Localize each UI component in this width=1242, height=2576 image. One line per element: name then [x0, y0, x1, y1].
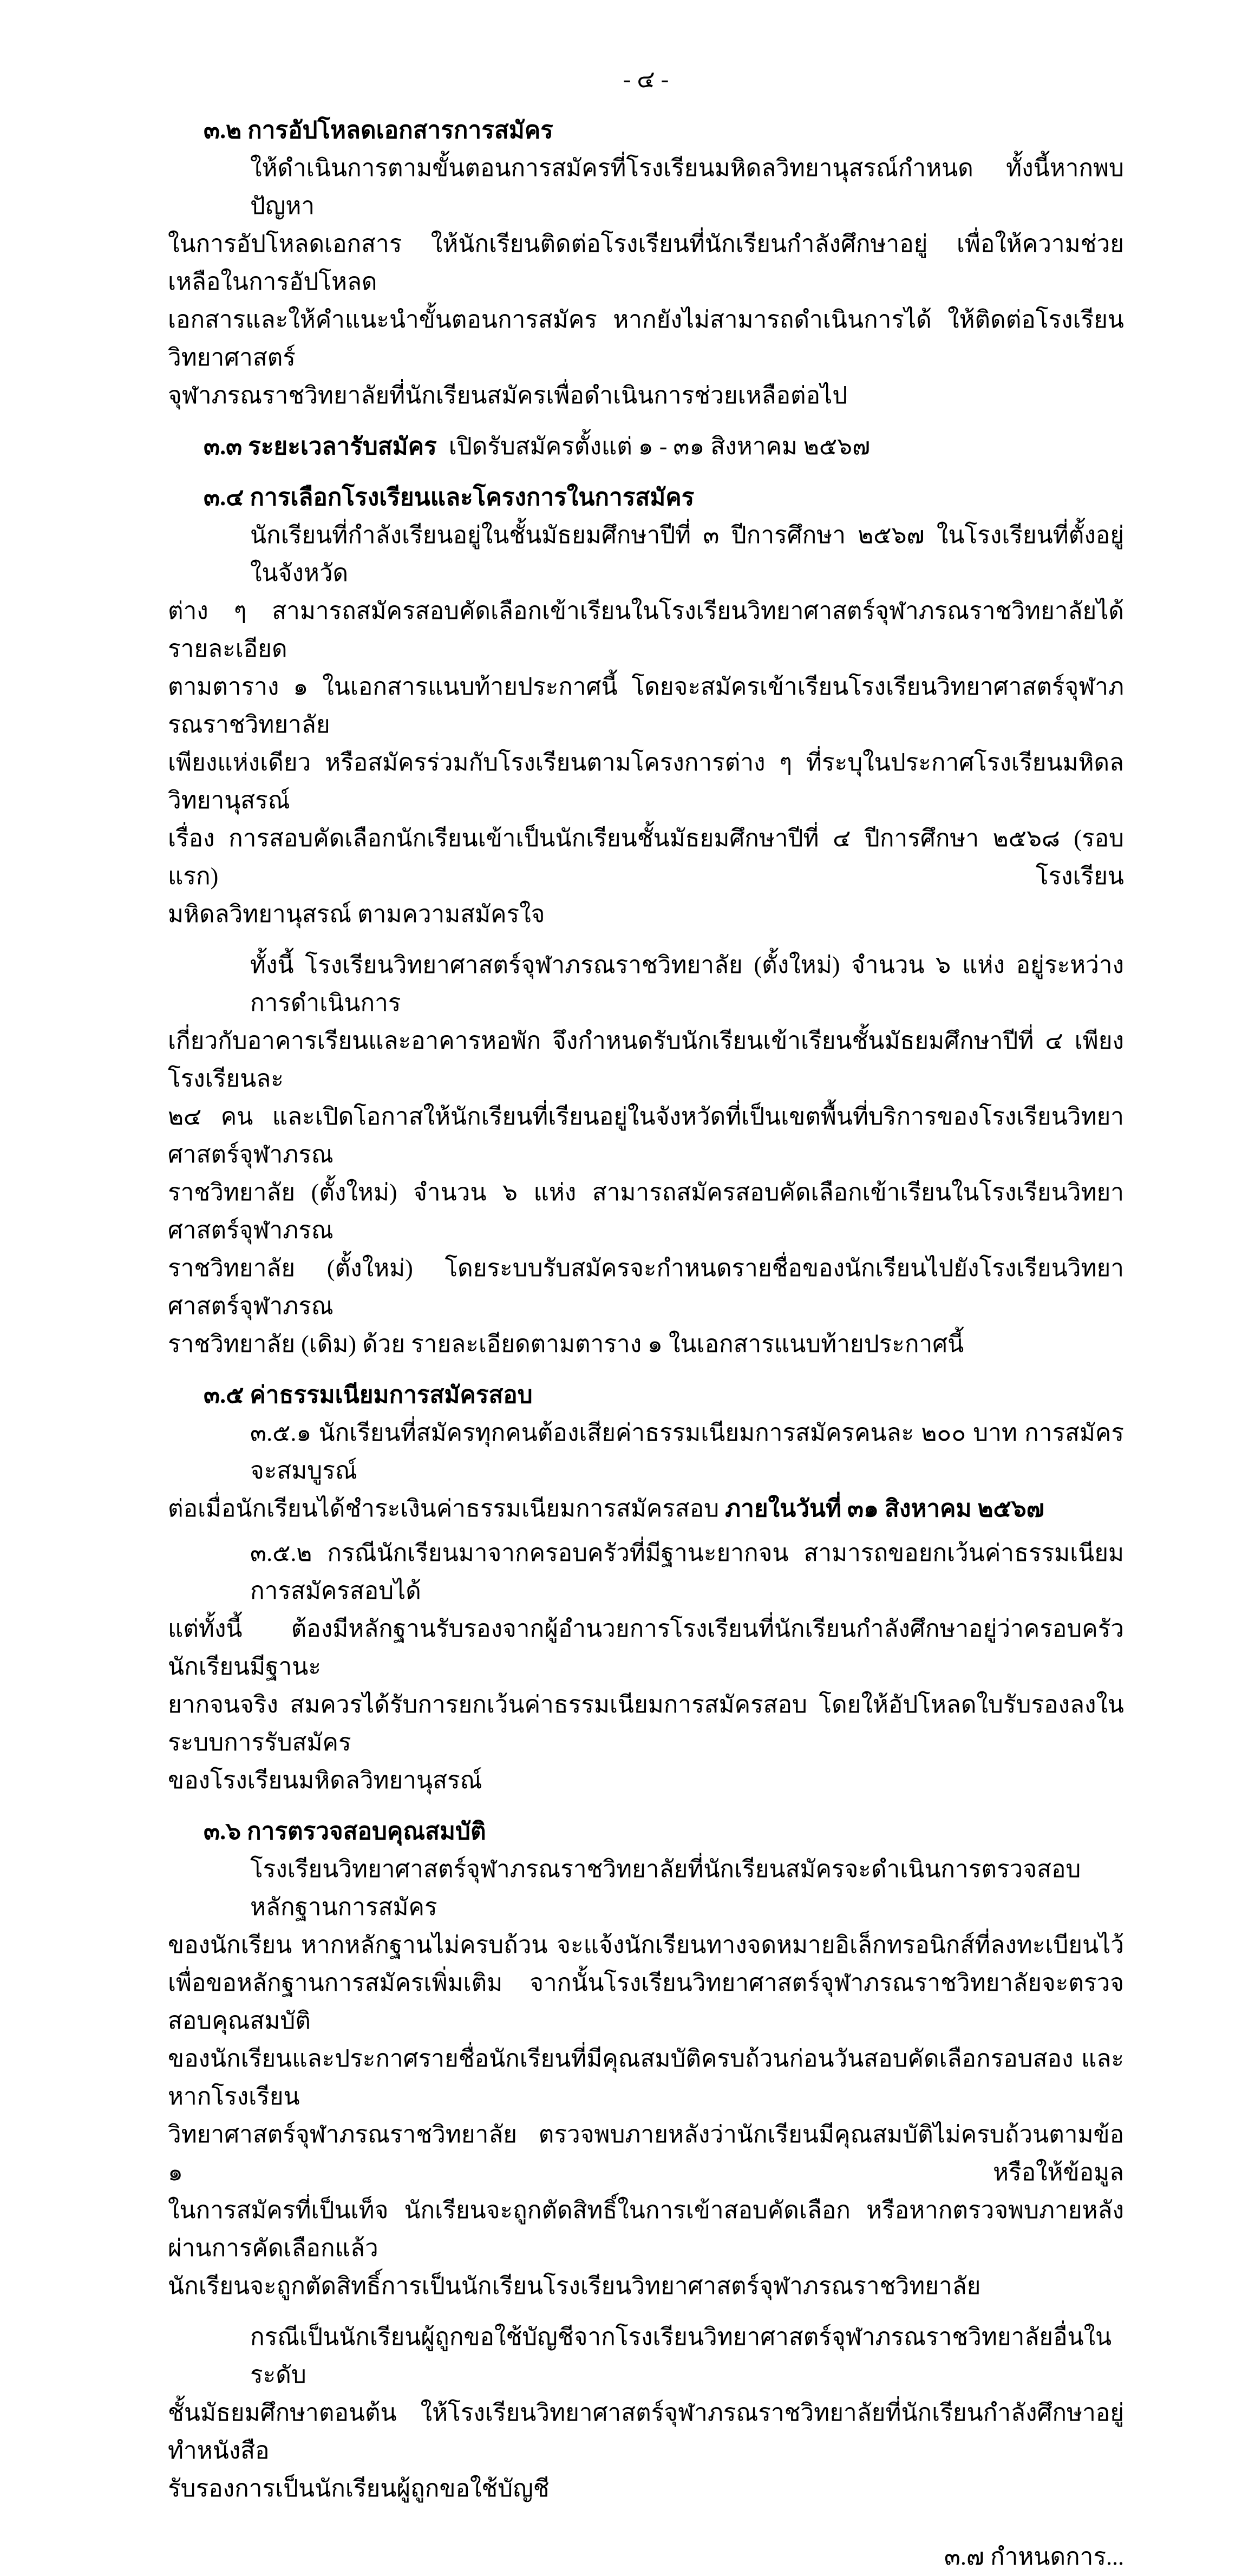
continuation-note: ๓.๗ กำหนดการ... — [168, 2538, 1124, 2576]
text-line: ในการอัปโหลดเอกสาร ให้นักเรียนติดต่อโรงเ… — [168, 225, 1124, 301]
section-heading: ๓.๔ การเลือกโรงเรียนและโครงการในการสมัคร — [168, 479, 1124, 516]
text-line: ตามตาราง ๑ ในเอกสารแนบท้ายประกาศนี้ โดยจ… — [168, 668, 1124, 744]
section-3-4: ๓.๔ การเลือกโรงเรียนและโครงการในการสมัคร… — [168, 479, 1124, 1363]
text-line: ทั้งนี้ โรงเรียนวิทยาศาสตร์จุฬาภรณราชวิท… — [168, 946, 1124, 1022]
text-line: ของโรงเรียนมหิดลวิทยานุสรณ์ — [168, 1762, 1124, 1800]
text-line: แต่ทั้งนี้ ต้องมีหลักฐานรับรองจากผู้อำนว… — [168, 1610, 1124, 1686]
section-text: เปิดรับสมัครตั้งแต่ ๑ - ๓๑ สิงหาคม ๒๕๖๗ — [449, 433, 870, 460]
text-line: เอกสารและให้คำแนะนำขั้นตอนการสมัคร หากยั… — [168, 301, 1124, 377]
section-heading: ๓.๓ ระยะเวลารับสมัคร — [168, 433, 437, 460]
text-line: ราชวิทยาลัย (ตั้งใหม่) จำนวน ๖ แห่ง สามา… — [168, 1174, 1124, 1250]
text-line: ๓.๕.๒ กรณีนักเรียนมาจากครอบครัวที่มีฐานะ… — [168, 1534, 1124, 1610]
section-heading-line: ๓.๓ ระยะเวลารับสมัครเปิดรับสมัครตั้งแต่ … — [168, 428, 1124, 466]
fee-deadline-bold: ภายในวันที่ ๓๑ สิงหาคม ๒๕๖๗ — [725, 1495, 1044, 1522]
text-line: ราชวิทยาลัย (ตั้งใหม่) โดยระบบรับสมัครจะ… — [168, 1250, 1124, 1325]
paragraph: ให้ดำเนินการตามขั้นตอนการสมัครที่โรงเรีย… — [168, 149, 1124, 415]
text-line: เพื่อขอหลักฐานการสมัครเพิ่มเติม จากนั้นโ… — [168, 1964, 1124, 2040]
paragraph: กรณีเป็นนักเรียนผู้ถูกขอใช้บัญชีจากโรงเร… — [168, 2318, 1124, 2508]
text-line: จุฬาภรณราชวิทยาลัยที่นักเรียนสมัครเพื่อด… — [168, 377, 1124, 415]
text-line: รับรองการเป็นนักเรียนผู้ถูกขอใช้บัญชี — [168, 2470, 1124, 2508]
text-line: วิทยาศาสตร์จุฬาภรณราชวิทยาลัย ตรวจพบภายห… — [168, 2116, 1124, 2192]
section-3-5: ๓.๕ ค่าธรรมเนียมการสมัครสอบ ๓.๕.๑ นักเรี… — [168, 1376, 1124, 1800]
text-line: ต่อเมื่อนักเรียนได้ชำระเงินค่าธรรมเนียมก… — [168, 1490, 1124, 1528]
paragraph: ทั้งนี้ โรงเรียนวิทยาศาสตร์จุฬาภรณราชวิท… — [168, 946, 1124, 1363]
text-line: นักเรียนจะถูกตัดสิทธิ์การเป็นนักเรียนโรง… — [168, 2267, 1124, 2305]
list-item-3-5-2: ๓.๕.๒ กรณีนักเรียนมาจากครอบครัวที่มีฐานะ… — [168, 1534, 1124, 1800]
text-line: เรื่อง การสอบคัดเลือกนักเรียนเข้าเป็นนัก… — [168, 820, 1124, 895]
text-line: ราชวิทยาลัย (เดิม) ด้วย รายละเอียดตามตาร… — [168, 1325, 1124, 1363]
section-3-2: ๓.๒ การอัปโหลดเอกสารการสมัคร ให้ดำเนินกา… — [168, 112, 1124, 415]
document-page: - ๔ - ๓.๒ การอัปโหลดเอกสารการสมัคร ให้ดำ… — [0, 0, 1242, 1757]
paragraph: โรงเรียนวิทยาศาสตร์จุฬาภรณราชวิทยาลัยที่… — [168, 1851, 1124, 2305]
text-line: มหิดลวิทยานุสรณ์ ตามความสมัครใจ — [168, 895, 1124, 933]
text-line: ให้ดำเนินการตามขั้นตอนการสมัครที่โรงเรีย… — [168, 149, 1124, 225]
text-line: ของนักเรียนและประกาศรายชื่อนักเรียนที่มี… — [168, 2040, 1124, 2116]
paragraph: นักเรียนที่กำลังเรียนอยู่ในชั้นมัธยมศึกษ… — [168, 516, 1124, 933]
page-number: - ๔ - — [168, 61, 1124, 99]
list-item-3-5-1: ๓.๕.๑ นักเรียนที่สมัครทุกคนต้องเสียค่าธร… — [168, 1414, 1124, 1528]
text-line: ชั้นมัธยมศึกษาตอนต้น ให้โรงเรียนวิทยาศาส… — [168, 2394, 1124, 2470]
section-heading: ๓.๖ การตรวจสอบคุณสมบัติ — [168, 1813, 1124, 1851]
text-line: ยากจนจริง สมควรได้รับการยกเว้นค่าธรรมเนี… — [168, 1686, 1124, 1762]
text-line: โรงเรียนวิทยาศาสตร์จุฬาภรณราชวิทยาลัยที่… — [168, 1851, 1124, 1926]
text-line: ต่าง ๆ สามารถสมัครสอบคัดเลือกเข้าเรียนใน… — [168, 592, 1124, 668]
section-heading: ๓.๒ การอัปโหลดเอกสารการสมัคร — [168, 112, 1124, 149]
section-3-6: ๓.๖ การตรวจสอบคุณสมบัติ โรงเรียนวิทยาศาส… — [168, 1813, 1124, 2508]
text-line: ของนักเรียน หากหลักฐานไม่ครบถ้วน จะแจ้งน… — [168, 1926, 1124, 1964]
text-line: ๓.๕.๑ นักเรียนที่สมัครทุกคนต้องเสียค่าธร… — [168, 1414, 1124, 1490]
section-heading: ๓.๕ ค่าธรรมเนียมการสมัครสอบ — [168, 1376, 1124, 1414]
section-3-3: ๓.๓ ระยะเวลารับสมัครเปิดรับสมัครตั้งแต่ … — [168, 428, 1124, 466]
text-line: นักเรียนที่กำลังเรียนอยู่ในชั้นมัธยมศึกษ… — [168, 516, 1124, 592]
text-line: เพียงแห่งเดียว หรือสมัครร่วมกับโรงเรียนต… — [168, 744, 1124, 820]
fee-deadline-text: ต่อเมื่อนักเรียนได้ชำระเงินค่าธรรมเนียมก… — [168, 1495, 725, 1522]
text-line: ในการสมัครที่เป็นเท็จ นักเรียนจะถูกตัดสิ… — [168, 2192, 1124, 2267]
text-line: กรณีเป็นนักเรียนผู้ถูกขอใช้บัญชีจากโรงเร… — [168, 2318, 1124, 2394]
text-line: ๒๔ คน และเปิดโอกาสให้นักเรียนที่เรียนอยู… — [168, 1098, 1124, 1174]
text-line: เกี่ยวกับอาคารเรียนและอาคารหอพัก จึงกำหน… — [168, 1022, 1124, 1098]
